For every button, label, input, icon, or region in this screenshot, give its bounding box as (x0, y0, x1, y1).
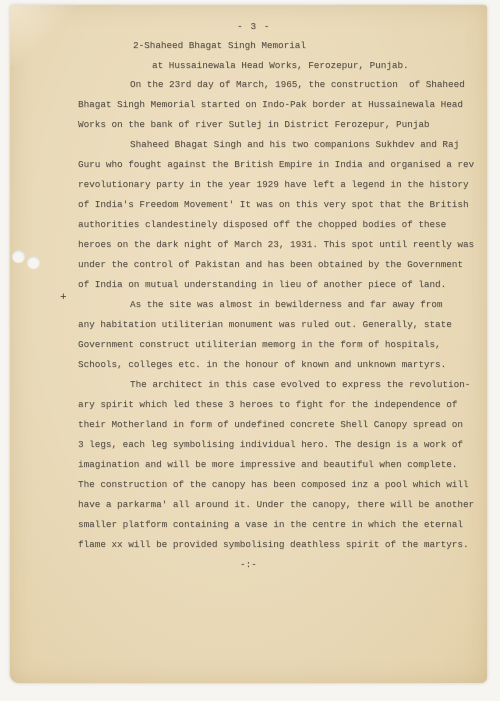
punch-hole-icon (27, 256, 40, 269)
scanned-page: - 3 - 2-Shaheed Bhagat Singh Memorial at… (10, 5, 487, 683)
body-line: On the 23rd day of March, 1965, the cons… (78, 75, 474, 95)
page-number: - 3 - (237, 21, 271, 32)
body-line: flame xx will be provided symbolising de… (78, 535, 474, 555)
title-line-1: 2-Shaheed Bhagat Singh Memorial (133, 40, 409, 60)
body-line: have a parkarma' all around it. Under th… (78, 495, 474, 515)
body-line: smaller platform containing a vase in th… (78, 515, 474, 535)
body-line: Shaheed Bhagat Singh and his two compani… (78, 135, 474, 155)
body-line: Guru who fought against the British Empi… (78, 155, 474, 175)
punch-hole-icon (12, 250, 25, 263)
end-mark: -:- (240, 555, 474, 575)
body-line: heroes on the dark night of March 23, 19… (78, 235, 474, 255)
body-line: Works on the bank of river Sutlej in Dis… (78, 115, 474, 135)
body-line: The construction of the canopy has been … (78, 475, 474, 495)
body-line: their Motherland in form of undefined co… (78, 415, 474, 435)
document-title: 2-Shaheed Bhagat Singh Memorial at Hussa… (133, 40, 409, 80)
body-line: Schools, colleges etc. in the honour of … (78, 355, 474, 375)
paper-crease (10, 5, 80, 65)
body-line: The architect in this case evolved to ex… (78, 375, 474, 395)
body-line: Bhagat Singh Memorial started on Indo-Pa… (78, 95, 474, 115)
body-line: any habitation utiliterian monument was … (78, 315, 474, 335)
body-line: of India on mutual understanding in lieu… (78, 275, 474, 295)
body-line: Government construct utiliterian memorg … (78, 335, 474, 355)
body-line: ary spirit which led these 3 heroes to f… (78, 395, 474, 415)
body-line: under the control of Pakistan and has be… (78, 255, 474, 275)
body-line: As the site was almost in bewilderness a… (78, 295, 474, 315)
body-line: imagination and will be more impressive … (78, 455, 474, 475)
document-body: On the 23rd day of March, 1965, the cons… (78, 75, 474, 575)
margin-annotation: + (60, 292, 67, 304)
body-line: of India's Freedom Movement' It was on t… (78, 195, 474, 215)
body-line: authorities clandestinely disposed off t… (78, 215, 474, 235)
scan-background: { "colors": { "background": "#f6f5f1", "… (0, 0, 500, 701)
body-line: 3 legs, each leg symbolising individual … (78, 435, 474, 455)
body-line: revolutionary party in the year 1929 hav… (78, 175, 474, 195)
